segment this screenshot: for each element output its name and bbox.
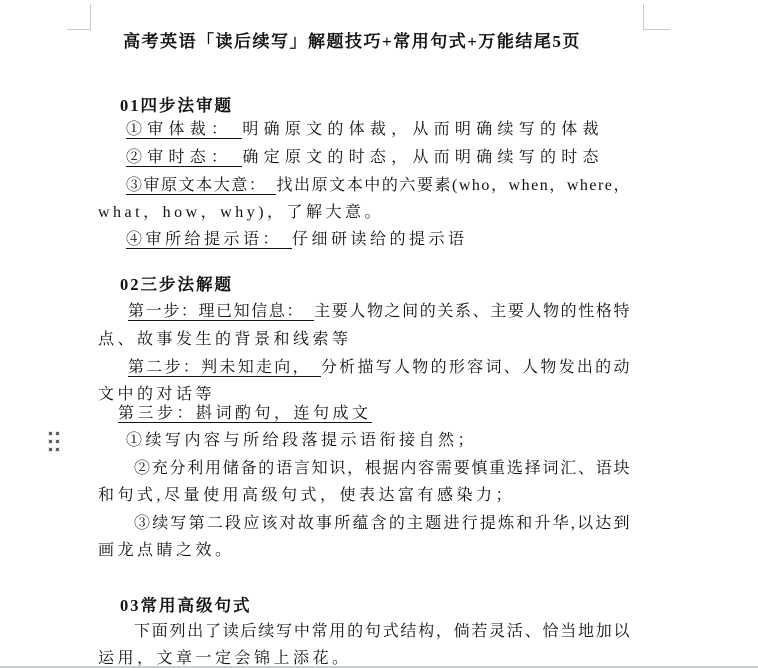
text-line: 下面列出了读后续写中常用的句式结构，倘若灵活、恰当地加以 — [134, 620, 631, 643]
document-page: 高考英语「读后续写」解题技巧+常用句式+万能结尾5页 01四步法审题 ①审体裁：… — [0, 0, 758, 668]
text-line: ②充分利用储备的语言知识，根据内容需要慎重选择词汇、语块 — [134, 457, 631, 480]
drag-handle-dot — [49, 440, 52, 443]
line-text: 找出原文本中的六要素(who，when，where， — [276, 177, 631, 194]
underlined-label: ①审体裁： — [126, 121, 242, 139]
section-heading-01: 01四步法审题 — [120, 92, 233, 116]
drag-handle-dot — [49, 432, 52, 435]
line-text: 仔细研读给的提示语 — [292, 231, 468, 248]
document-title: 高考英语「读后续写」解题技巧+常用句式+万能结尾5页 — [88, 27, 616, 52]
line-text: 下面列出了读后续写中常用的句式结构，倘若灵活、恰当地加以 — [134, 623, 631, 640]
line-text: ②充分利用储备的语言知识，根据内容需要慎重选择词汇、语块 — [134, 460, 631, 477]
text-line: ③续写第二段应该对故事所蕴含的主题进行提炼和升华,以达到 — [134, 512, 631, 535]
text-line: 和句式,尽量使用高级句式，使表达富有感染力； — [98, 484, 515, 507]
drag-handle-dot — [56, 448, 59, 451]
underlined-label: 第三步：斟词酌句，连句成文 — [118, 405, 372, 423]
text-line: 第三步：斟词酌句，连句成文 — [118, 402, 372, 425]
text-line: 运用，文章一定会锦上添花。 — [98, 647, 352, 668]
text-line: ①审体裁：明确原文的体裁，从而明确续写的体裁 — [126, 118, 600, 141]
line-text: ①续写内容与所给段落提示语衔接自然； — [126, 432, 477, 449]
line-text: 文中的对话等 — [98, 386, 215, 403]
text-line: what，how，why)，了解大意。 — [98, 201, 384, 224]
text-line: 第二步：判未知走向，分析描写人物的形容词、人物发出的动作、 — [128, 356, 631, 380]
drag-handle-dot — [56, 440, 59, 443]
underlined-label: ④审所给提示语： — [126, 231, 292, 249]
line-text: 确定原文的时态，从而明确续写的时态 — [242, 149, 600, 166]
text-line: ②审时态：确定原文的时态，从而明确续写的时态 — [126, 146, 600, 169]
line-text: 点、故事发生的背景和线索等 — [98, 331, 352, 348]
line-text: 和句式,尽量使用高级句式，使表达富有感染力； — [98, 487, 515, 504]
line-text: 画龙点睛之效。 — [98, 542, 235, 559]
underlined-label: 第一步：理已知信息： — [128, 303, 314, 321]
line-text: 主要人物之间的关系、主要人物的性格特 — [314, 303, 631, 320]
underlined-label: ③审原文本大意： — [126, 177, 276, 195]
text-line: 第一步：理已知信息：主要人物之间的关系、主要人物的性格特 — [128, 300, 631, 323]
underlined-label: 第二步：判未知走向， — [128, 359, 321, 377]
drag-handle-dot — [49, 448, 52, 451]
underlined-label: ②审时态： — [126, 149, 242, 167]
text-line: ①续写内容与所给段落提示语衔接自然； — [126, 429, 477, 452]
section-heading-02: 02三步法解题 — [120, 271, 233, 295]
line-text: what，how，why)，了解大意。 — [98, 204, 384, 221]
drag-handle-icon[interactable] — [49, 432, 59, 451]
line-text: 明确原文的体裁，从而明确续写的体裁 — [242, 121, 600, 138]
text-line: ③审原文本大意：找出原文本中的六要素(who，when，where， — [126, 174, 631, 197]
line-text: 运用，文章一定会锦上添花。 — [98, 650, 352, 667]
section-heading-03: 03常用高级句式 — [120, 592, 252, 616]
text-line: 点、故事发生的背景和线索等 — [98, 328, 352, 351]
margin-corner-right-icon — [643, 4, 670, 30]
drag-handle-dot — [56, 432, 59, 435]
line-text: ③续写第二段应该对故事所蕴含的主题进行提炼和升华,以达到 — [134, 515, 631, 532]
text-line: ④审所给提示语：仔细研读给的提示语 — [126, 228, 468, 251]
text-line: 画龙点睛之效。 — [98, 539, 235, 562]
